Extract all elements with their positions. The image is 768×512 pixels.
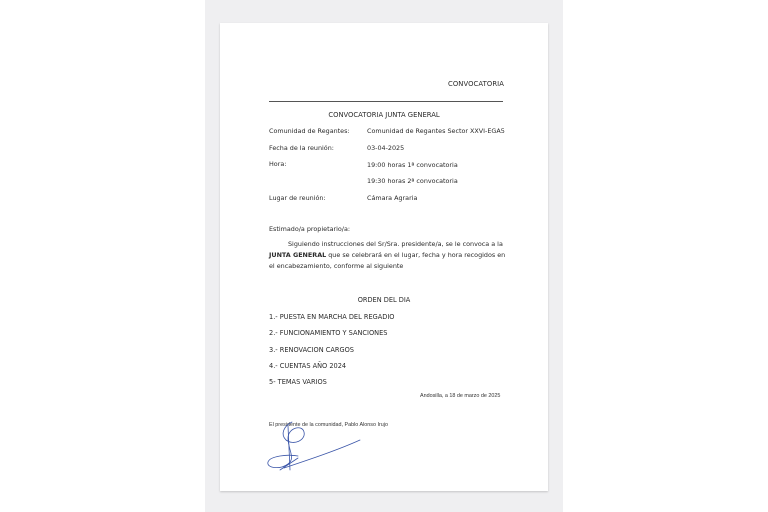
field-value-date: 03-04-2025 bbox=[367, 144, 404, 152]
body-bold: JUNTA GENERAL bbox=[269, 251, 326, 259]
agenda-item: 3.- RENOVACION CARGOS bbox=[269, 346, 354, 354]
agenda-item: 4.- CUENTAS AÑO 2024 bbox=[269, 362, 346, 370]
body-paragraph: Siguiendo instrucciones del Sr/Sra. pres… bbox=[269, 239, 509, 272]
header-label: CONVOCATORIA bbox=[448, 80, 504, 88]
field-label-date: Fecha de la reunión: bbox=[269, 144, 334, 152]
document-title: CONVOCATORIA JUNTA GENERAL bbox=[220, 111, 548, 119]
greeting: Estimado/a propietario/a: bbox=[269, 225, 350, 233]
body-start: Siguiendo instrucciones del Sr/Sra. pres… bbox=[288, 240, 503, 248]
field-value-time-1: 19:00 horas 1ª convocatoria bbox=[367, 161, 458, 169]
document-page: CONVOCATORIA CONVOCATORIA JUNTA GENERAL … bbox=[220, 23, 548, 491]
agenda-item: 1.- PUESTA EN MARCHA DEL REGADIO bbox=[269, 313, 394, 321]
agenda-title: ORDEN DEL DIA bbox=[220, 296, 548, 304]
field-label-time: Hora: bbox=[269, 160, 286, 168]
agenda-item: 5- TEMAS VARIOS bbox=[269, 378, 327, 386]
field-label-community: Comunidad de Regantes: bbox=[269, 127, 350, 135]
field-value-community: Comunidad de Regantes Sector XXVI-EGA5 bbox=[367, 127, 505, 135]
field-value-time-2: 19:30 horas 2ª convocatoria bbox=[367, 177, 458, 185]
agenda-item: 2.- FUNCIONAMIENTO Y SANCIONES bbox=[269, 329, 387, 337]
place-date: Andosilla, a 18 de marzo de 2025 bbox=[420, 393, 500, 399]
header-rule bbox=[269, 101, 503, 102]
field-label-place: Lugar de reunión: bbox=[269, 194, 326, 202]
field-value-place: Cámara Agraria bbox=[367, 194, 417, 202]
signature-image bbox=[258, 418, 368, 478]
